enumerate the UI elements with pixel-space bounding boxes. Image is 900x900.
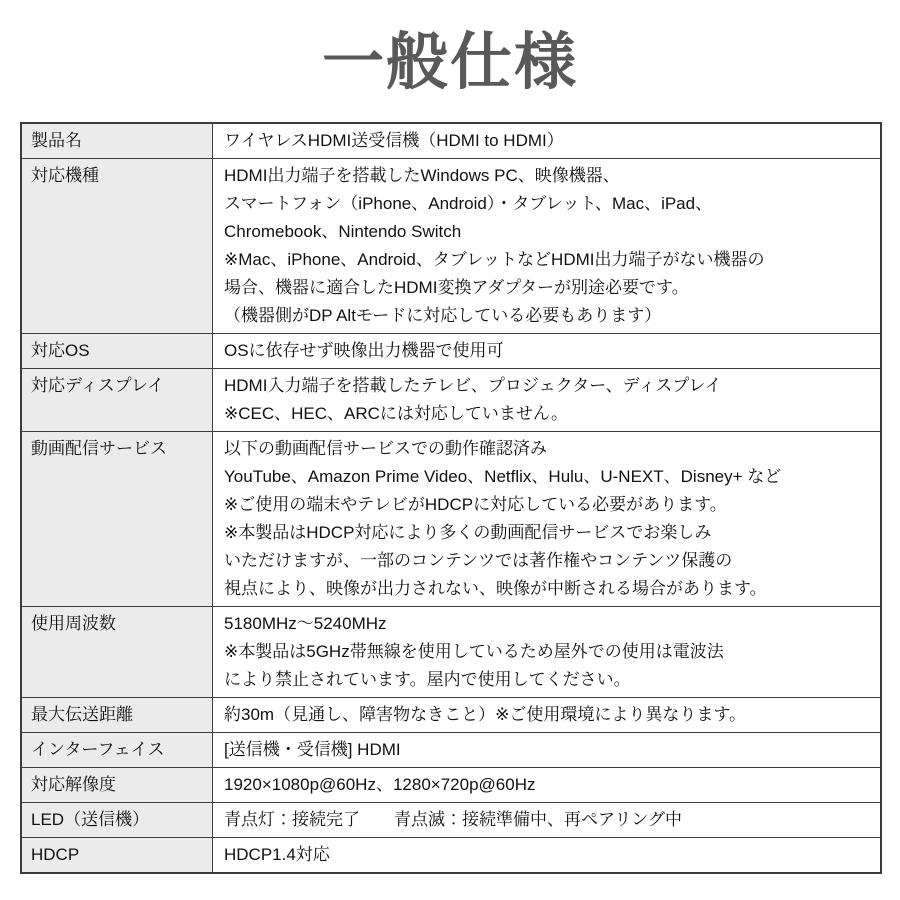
spec-value: [送信機・受信機] HDMI (213, 733, 880, 767)
table-row-supported-os: 対応OS OSに依存せず映像出力機器で使用可 (22, 333, 880, 368)
table-row-max-distance: 最大伝送距離 約30m（見通し、障害物なきこと）※ご使用環境により異なります。 (22, 697, 880, 732)
spec-label: 対応OS (22, 334, 213, 368)
spec-label: 対応解像度 (22, 768, 213, 802)
spec-label: 使用周波数 (22, 607, 213, 697)
table-row-hdcp: HDCP HDCP1.4対応 (22, 837, 880, 872)
page-title: 一般仕様 (0, 24, 900, 102)
table-row-supported-display: 対応ディスプレイ HDMI入力端子を搭載したテレビ、プロジェクター、ディスプレイ… (22, 368, 880, 431)
table-row-resolution: 対応解像度 1920×1080p@60Hz、1280×720p@60Hz (22, 767, 880, 802)
spec-label: HDCP (22, 838, 213, 872)
spec-value: 1920×1080p@60Hz、1280×720p@60Hz (213, 768, 880, 802)
spec-value: 約30m（見通し、障害物なきこと）※ご使用環境により異なります。 (213, 698, 880, 732)
spec-label: 最大伝送距離 (22, 698, 213, 732)
spec-value: OSに依存せず映像出力機器で使用可 (213, 334, 880, 368)
table-row-frequency: 使用周波数 5180MHz～5240MHz ※本製品は5GHz帯無線を使用してい… (22, 606, 880, 697)
table-row-product-name: 製品名 ワイヤレスHDMI送受信機（HDMI to HDMI） (22, 124, 880, 158)
spec-value: 以下の動画配信サービスでの動作確認済み YouTube、Amazon Prime… (213, 432, 880, 606)
table-row-led-transmitter: LED（送信機） 青点灯：接続完了 青点滅：接続準備中、再ペアリング中 (22, 802, 880, 837)
spec-label: LED（送信機） (22, 803, 213, 837)
spec-label: 対応機種 (22, 159, 213, 333)
spec-label: 製品名 (22, 124, 213, 158)
spec-label: 動画配信サービス (22, 432, 213, 606)
spec-label: 対応ディスプレイ (22, 369, 213, 431)
spec-label: インターフェイス (22, 733, 213, 767)
spec-sheet-page: 一般仕様 製品名 ワイヤレスHDMI送受信機（HDMI to HDMI） 対応機… (0, 0, 900, 900)
spec-value: HDCP1.4対応 (213, 838, 880, 872)
spec-table: 製品名 ワイヤレスHDMI送受信機（HDMI to HDMI） 対応機種 HDM… (20, 122, 882, 874)
spec-value: 5180MHz～5240MHz ※本製品は5GHz帯無線を使用しているため屋外で… (213, 607, 880, 697)
spec-value: ワイヤレスHDMI送受信機（HDMI to HDMI） (213, 124, 880, 158)
spec-value: HDMI出力端子を搭載したWindows PC、映像機器、 スマートフォン（iP… (213, 159, 880, 333)
spec-value: 青点灯：接続完了 青点滅：接続準備中、再ペアリング中 (213, 803, 880, 837)
table-row-compatible-devices: 対応機種 HDMI出力端子を搭載したWindows PC、映像機器、 スマートフ… (22, 158, 880, 333)
spec-value: HDMI入力端子を搭載したテレビ、プロジェクター、ディスプレイ ※CEC、HEC… (213, 369, 880, 431)
table-row-streaming-services: 動画配信サービス 以下の動画配信サービスでの動作確認済み YouTube、Ama… (22, 431, 880, 606)
table-row-interface: インターフェイス [送信機・受信機] HDMI (22, 732, 880, 767)
